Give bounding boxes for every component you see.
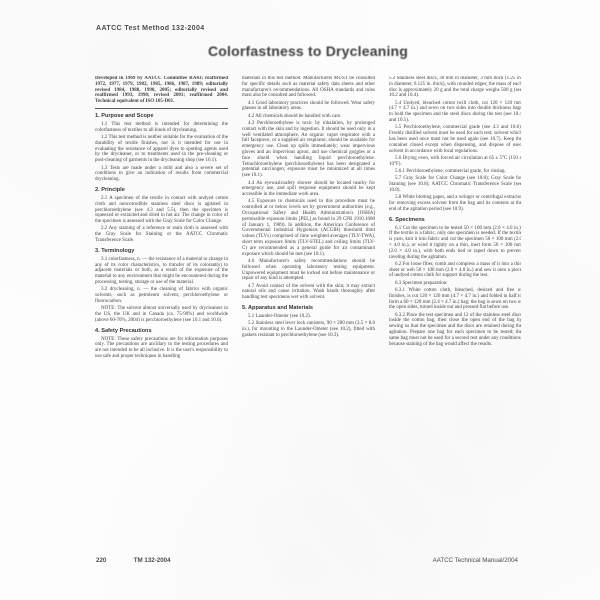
page-title: Colorfastness to Drycleaning	[95, 43, 521, 59]
paragraph: 4.3 Perchloroethylene is toxic by inhala…	[242, 121, 375, 179]
text-column-2: materials in this test method. Manufactu…	[242, 76, 375, 554]
text-columns: Developed in 1969 by AATCC Committee RA4…	[95, 76, 521, 554]
paragraph: 2.2 Any staining of a reference or stain…	[95, 226, 228, 243]
paragraph: 6.2 For loose fiber, comb and compress a…	[389, 262, 521, 279]
paragraph: 4.6 Manufacturer's safety recommendation…	[242, 259, 375, 282]
paragraph: 1.1 This test method is intended for det…	[95, 122, 228, 134]
section-heading: 5. Apparatus and Materials	[242, 305, 375, 312]
text-column-1: Developed in 1969 by AATCC Committee RA4…	[95, 76, 228, 554]
paragraph: 5.7 Gray Scale for Color Change (see 10.…	[389, 176, 521, 193]
paragraph: 4.7 Avoid contact of the solvent with th…	[242, 284, 375, 301]
paragraph: NOTE: These safety precautions are for i…	[95, 337, 228, 360]
section-heading: 2. Principle	[95, 187, 228, 194]
paragraph: 4.2 All chemicals should be handled with…	[242, 114, 375, 120]
paragraph: 2.1 A specimen of the textile in contact…	[95, 196, 228, 225]
paragraph: 4.5 Exposure to chemicals used in this p…	[242, 199, 375, 257]
paragraph: 5.6 Drying oven, with forced air circula…	[389, 156, 521, 168]
paragraph: 5.3 Stainless steel discs, 30 mm in diam…	[389, 76, 521, 99]
paragraph: 5.1 Launder-Ometer (see 10.2).	[242, 314, 375, 320]
paragraph: 5.8 White blotting paper, and a wringer …	[389, 195, 521, 212]
paragraph: 6.3 Specimen preparation:	[389, 281, 521, 287]
paragraph: 5.2 Stainless steel lever lock canisters…	[242, 321, 375, 338]
history-note: Developed in 1969 by AATCC Committee RA4…	[95, 76, 228, 105]
footer-manual-ref: AATCC Technical Manual/2004	[433, 557, 518, 564]
section-heading: 1. Purpose and Scope	[95, 113, 228, 120]
paragraph: 4.1 Good laboratory practices should be …	[242, 101, 375, 113]
paragraph: 3.2 drycleaning, n. — the cleaning of fa…	[95, 287, 228, 304]
paragraph: 5.5 Perchloroethylene, commercial grade …	[389, 125, 521, 154]
footer-doc-ref: TM 132-2004	[134, 557, 171, 564]
section-heading: 3. Terminology	[95, 248, 228, 255]
paragraph: 5.4 Undyed, bleached cotton twill cloth,…	[389, 101, 521, 124]
text-column-3: 5.3 Stainless steel discs, 30 mm in diam…	[389, 76, 521, 554]
paragraph: 6.3.2 Place the test specimen and 12 of …	[389, 313, 521, 348]
paragraph: 4.4 An eyewash/safety shower should be l…	[242, 181, 375, 198]
paragraph: 1.3 Tests are made under a mild and also…	[95, 166, 228, 183]
scanned-document-page: AATCC Test Method 132-2004 Colorfastness…	[0, 0, 600, 600]
paragraph: materials in this test method. Manufactu…	[242, 76, 375, 99]
section-heading: 6. Specimens	[389, 217, 521, 224]
paragraph: 1.2 This test method is neither suitable…	[95, 135, 228, 164]
section-divider	[95, 108, 228, 109]
paragraph: 5.6.1 Perchloroethylene, commercial grad…	[389, 169, 521, 175]
section-heading: 4. Safety Precautions	[95, 328, 228, 335]
paragraph: NOTE: The solvent almost universally use…	[95, 306, 228, 323]
document-header: AATCC Test Method 132-2004	[96, 25, 205, 32]
paragraph: 6.1 Cut the specimen to be tested 50 × 1…	[389, 226, 521, 261]
footer-page-number: 220	[96, 557, 110, 564]
paragraph: 6.3.1 White cotton cloth, bleached, desi…	[389, 288, 521, 311]
paragraph: 3.1 colorfastness, n. — the resistance o…	[95, 257, 228, 286]
footer-left: 220 TM 132-2004	[96, 557, 171, 564]
